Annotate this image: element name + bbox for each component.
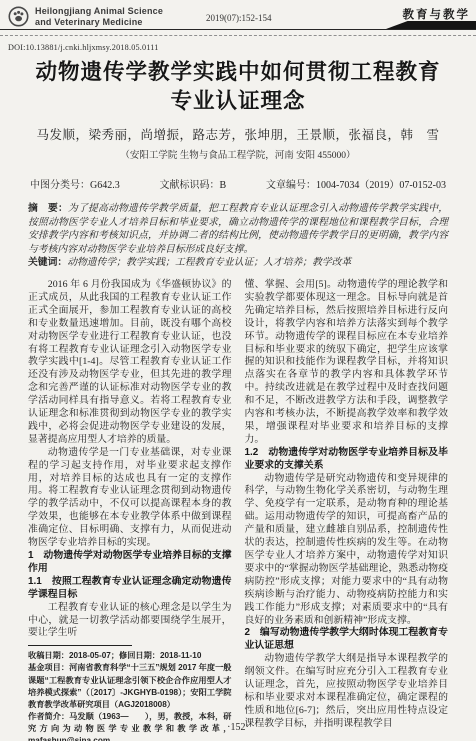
body-paragraph: 动物遗传学是一门专业基础课，对专业课程的学习起支持作用，对毕业要求起支撑作用，对… (28, 447, 232, 550)
journal-name-line2: and Veterinary Medicine (35, 17, 163, 28)
journal-name: Heilongjiang Animal Science and Veterina… (35, 6, 163, 27)
article-title: 动物遗传学教学实践中如何贯彻工程教育 专业认证理念 (28, 58, 448, 116)
section-label: 教育与教学 (403, 6, 471, 22)
section-heading-1: 1 动物遗传学对动物医学专业培养目标的支撑作用 (28, 550, 232, 576)
keywords-line: 关键词：动物遗传学；教学实践；工程教育专业认证；人才培养；教学改革 (28, 256, 448, 270)
fund-project: 基金项目：河南省教育科学“十三五”规划 2017 年度一般课题“工程教育专业认证… (28, 662, 232, 710)
body-paragraph: 动物遗传学教学大纲是指导本课程教学的纲领文件。在编写时应充分引入工程教育专业认证… (245, 653, 449, 730)
received-dates: 收稿日期：2018-05-07；修回日期：2018-11-10 (28, 650, 232, 662)
body-paragraph: 2016 年 6 月份我国成为《华盛顿协议》的正式成员，从此我国的工程教育专业认… (28, 279, 232, 447)
journal-name-line1: Heilongjiang Animal Science (35, 6, 163, 17)
journal-page: Heilongjiang Animal Science and Veterina… (0, 0, 476, 741)
document-code: 文献标识码：B (160, 176, 227, 191)
header-rule (0, 29, 476, 30)
section-heading-1-1: 1.1 按照工程教育专业认证理念确定动物遗传学课程目标 (28, 576, 232, 602)
article-title-line2: 专业认证理念 (28, 87, 448, 116)
classification-row: 中图分类号：G642.3 文献标识码：B 文章编号：1004-7034（2019… (28, 176, 448, 191)
page-number: ·152· (0, 722, 476, 733)
abstract-text: 为了提高动物遗传学教学质量，把工程教育专业认证理念引入动物遗传学教学实践中，按照… (28, 203, 448, 255)
keywords-label: 关键词： (28, 257, 67, 268)
two-column-body: 2016 年 6 月份我国成为《华盛顿协议》的正式成员，从此我国的工程教育专业认… (28, 279, 448, 741)
doi-line: DOI:10.13881/j.cnki.hljxmsy.2018.05.0111 (8, 43, 159, 52)
body-paragraph: 动物遗传学是研究动物遗传和变异规律的科学，与动物生物化学关系密切，与动物生理学、… (245, 473, 449, 628)
abstract-label: 摘 要： (28, 203, 68, 214)
article-content: 动物遗传学教学实践中如何贯彻工程教育 专业认证理念 马发顺，梁秀丽，尚增振，路志… (28, 58, 448, 741)
section-heading-2: 2 编写动物遗传学教学大纲时体现工程教育专业认证思想 (245, 627, 449, 653)
section-wedge-decoration (386, 21, 476, 29)
section-heading-1-2: 1.2 动物遗传学对动物医学专业培养目标及毕业要求的支撑关系 (245, 447, 449, 473)
body-paragraph: 懂、掌握、会用[5]。动物遗传学的理论教学和实验教学都要体现这一理念。目标导向就… (245, 279, 449, 447)
footnote-separator (28, 645, 132, 646)
article-title-line1: 动物遗传学教学实践中如何贯彻工程教育 (28, 58, 448, 87)
body-paragraph: 工程教育专业认证的核心理念是以学生为中心，就是一切教学活动都要围绕学生展开，要让… (28, 602, 232, 641)
header-dashed-rule (0, 35, 476, 36)
journal-logo-paw-print-icon (8, 6, 29, 27)
page-header: Heilongjiang Animal Science and Veterina… (8, 5, 476, 29)
issue-info: 2019(07):152-154 (206, 13, 272, 23)
keywords-text: 动物遗传学；教学实践；工程教育专业认证；人才培养；教学改革 (67, 257, 351, 268)
right-column: 懂、掌握、会用[5]。动物遗传学的理论教学和实验教学都要体现这一理念。目标导向就… (245, 279, 449, 741)
affiliation-line: （安阳工学院 生物与食品工程学院，河南 安阳 455000） (28, 147, 448, 161)
clc-number: 中图分类号：G642.3 (30, 176, 120, 191)
authors-line: 马发顺，梁秀丽，尚增振，路志芳，张坤朋，王景顺，张福良，韩 雪 (28, 125, 448, 143)
abstract-block: 摘 要：为了提高动物遗传学教学质量，把工程教育专业认证理念引入动物遗传学教学实践… (28, 202, 448, 270)
left-column: 2016 年 6 月份我国成为《华盛顿协议》的正式成员，从此我国的工程教育专业认… (28, 279, 232, 741)
article-id: 文章编号：1004-7034（2019）07-0152-03 (266, 176, 446, 191)
